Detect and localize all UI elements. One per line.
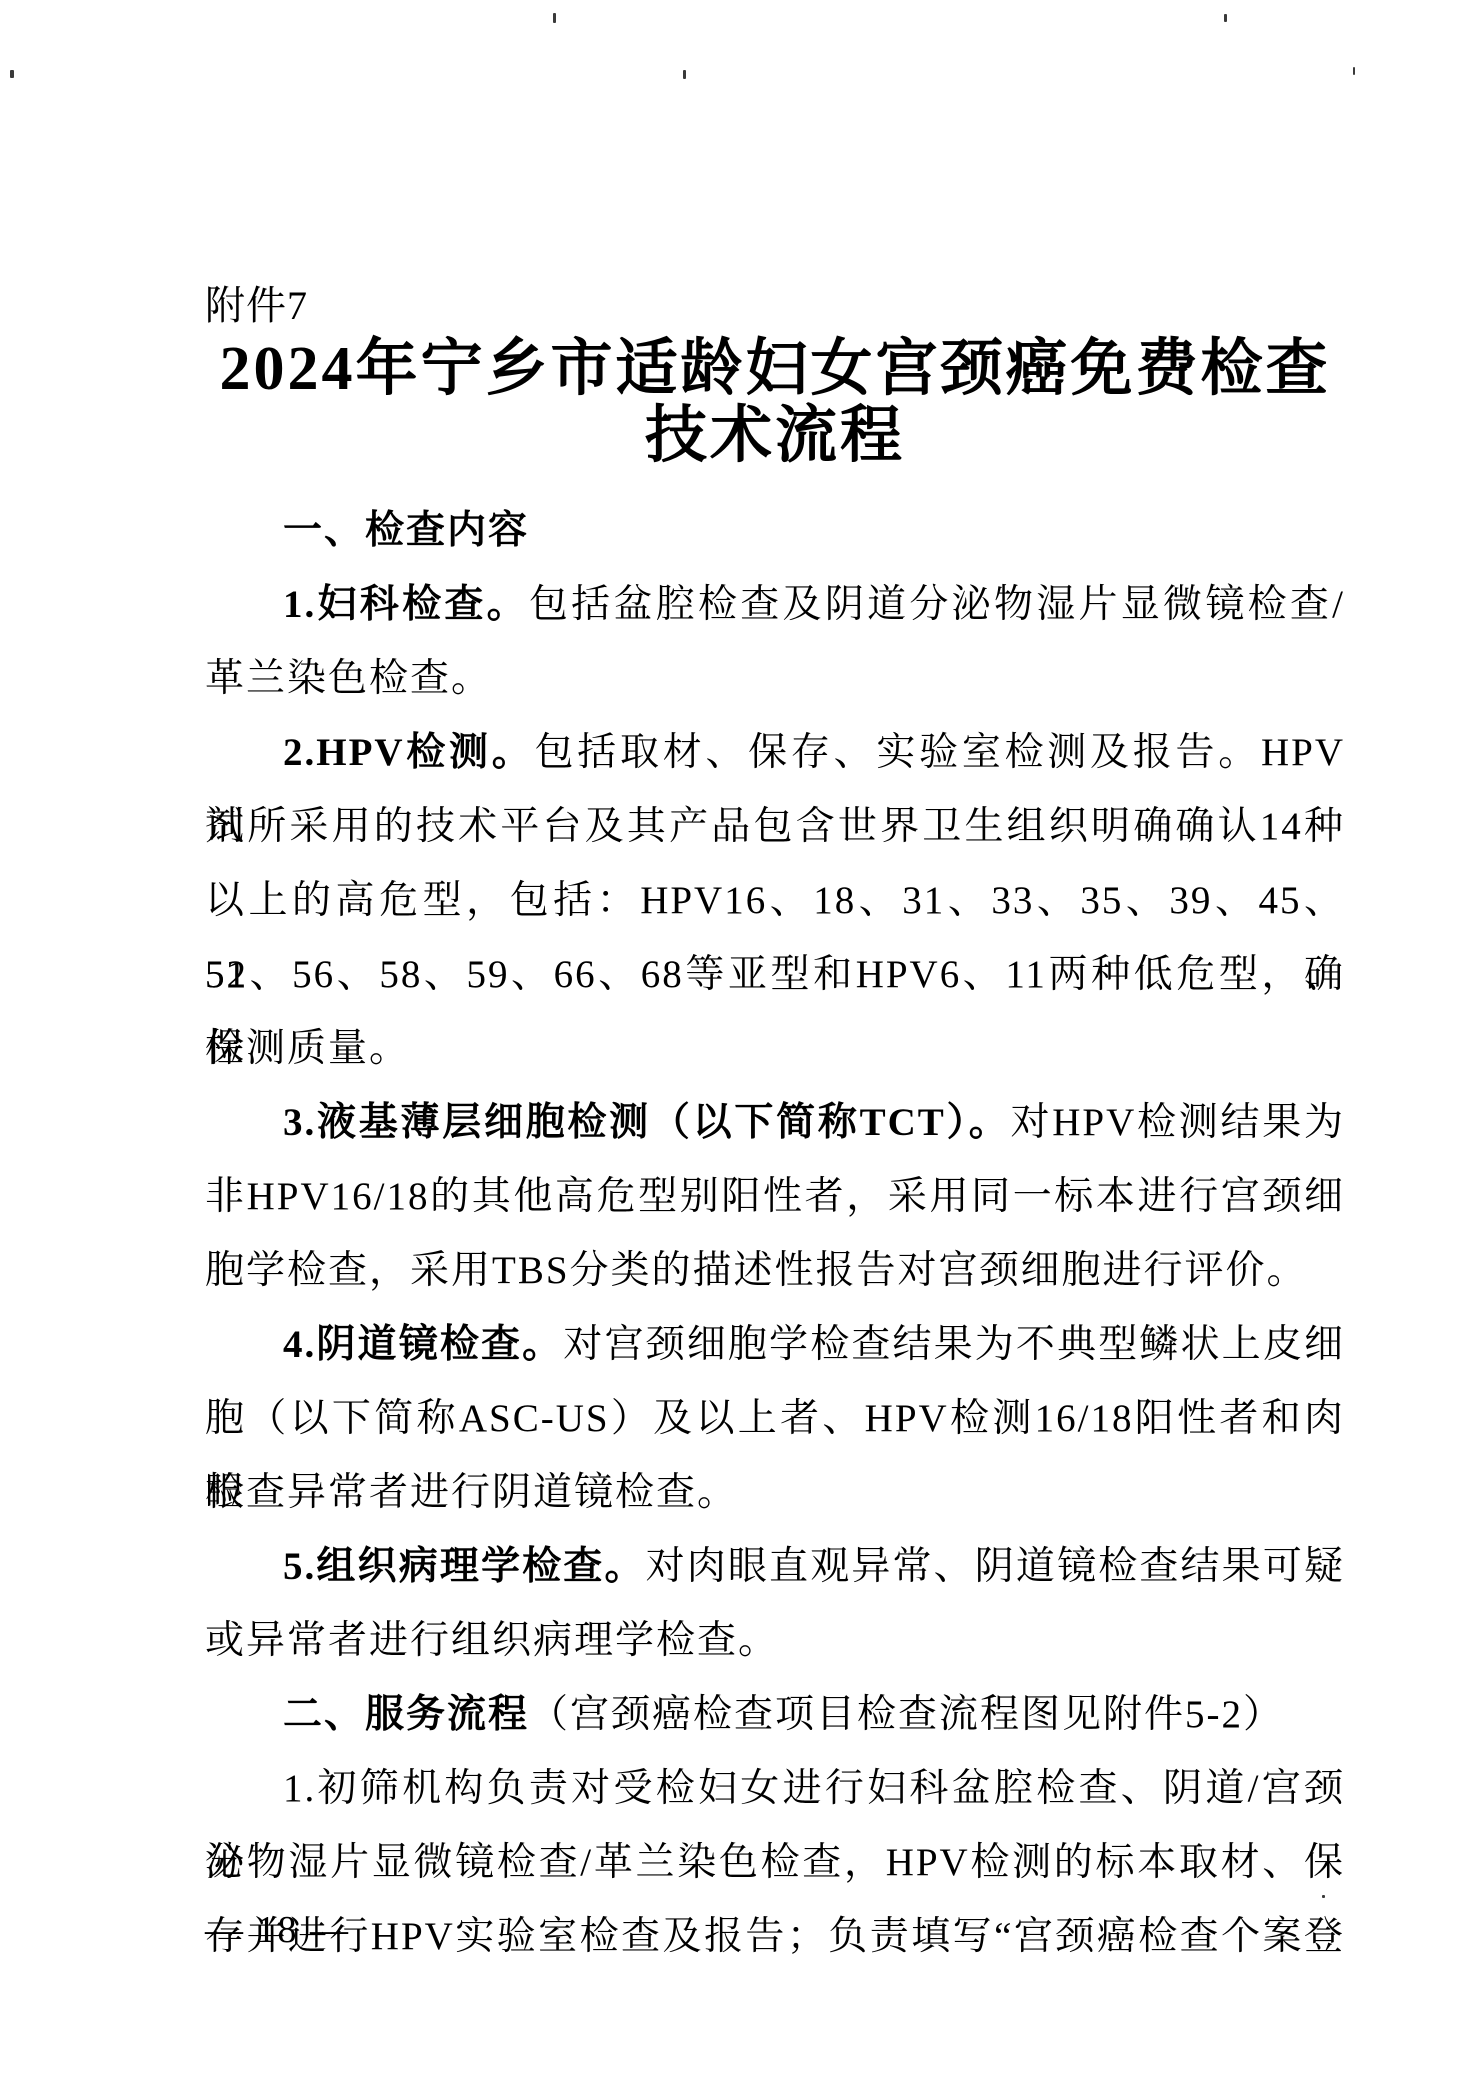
text-segment: 包括盆腔检查及阴道分泌物湿片显微镜检查/ bbox=[529, 583, 1345, 626]
text-segment: 检测质量。 bbox=[205, 1027, 410, 1070]
section-heading-text: 二、服务流程 bbox=[283, 1693, 529, 1736]
document-content: 附件7 2024年宁乡市适龄妇女宫颈癌免费检查 技术流程 一、检查内容1.妇科检… bbox=[205, 0, 1345, 1974]
text-segment: 检查异常者进行阴道镜检查。 bbox=[205, 1471, 738, 1514]
text-segment: 存并进行HPV实验室检查及报告；负责填写“宫颈癌检查个案登 bbox=[205, 1915, 1345, 1958]
text-line: 3.液基薄层细胞检测（以下简称TCT）。对HPV检测结果为 bbox=[205, 1086, 1345, 1160]
text-line: 以上的高危型，包括：HPV16、18、31、33、35、39、45、51、 bbox=[205, 864, 1345, 938]
text-segment: （宫颈癌检查项目检查流程图见附件5-2） bbox=[529, 1693, 1284, 1736]
document-page: { "page": { "attachment_label": "附件7", "… bbox=[0, 0, 1482, 2097]
text-segment: 对宫颈细胞学检查结果为不典型鳞状上皮细 bbox=[563, 1323, 1345, 1366]
text-segment: 剂所采用的技术平台及其产品包含世界卫生组织明确确认14种 bbox=[205, 805, 1345, 848]
page-number: — 18 — bbox=[205, 1908, 350, 1952]
text-segment: 对肉眼直观异常、阴道镜检查结果可疑 bbox=[646, 1545, 1345, 1588]
document-title: 2024年宁乡市适龄妇女宫颈癌免费检查 技术流程 bbox=[205, 336, 1345, 470]
text-line: 4.阴道镜检查。对宫颈细胞学检查结果为不典型鳞状上皮细 bbox=[205, 1308, 1345, 1382]
text-line: 革兰染色检查。 bbox=[205, 642, 1345, 716]
text-line: 二、服务流程（宫颈癌检查项目检查流程图见附件5-2） bbox=[205, 1678, 1345, 1752]
text-segment: 2.HPV检测。 bbox=[283, 731, 535, 774]
text-line: 2.HPV检测。包括取材、保存、实验室检测及报告。HPV试 bbox=[205, 716, 1345, 790]
text-line: 剂所采用的技术平台及其产品包含世界卫生组织明确确认14种 bbox=[205, 790, 1345, 864]
text-line: 胞学检查，采用TBS分类的描述性报告对宫颈细胞进行评价。 bbox=[205, 1234, 1345, 1308]
text-segment: 1.妇科检查。 bbox=[283, 583, 529, 626]
text-line: 泌物湿片显微镜检查/革兰染色检查，HPV检测的标本取材、保 bbox=[205, 1826, 1345, 1900]
text-line: 非HPV16/18的其他高危型别阳性者，采用同一标本进行宫颈细 bbox=[205, 1160, 1345, 1234]
text-segment: 胞学检查，采用TBS分类的描述性报告对宫颈细胞进行评价。 bbox=[205, 1249, 1308, 1292]
text-segment: 4.阴道镜检查。 bbox=[283, 1323, 563, 1366]
text-segment: 3.液基薄层细胞检测（以下简称TCT）。 bbox=[283, 1101, 1011, 1144]
document-body: 一、检查内容1.妇科检查。包括盆腔检查及阴道分泌物湿片显微镜检查/革兰染色检查。… bbox=[205, 494, 1345, 1974]
text-segment: 对HPV检测结果为 bbox=[1011, 1101, 1345, 1144]
text-segment: 或异常者进行组织病理学检查。 bbox=[205, 1619, 779, 1662]
attachment-label: 附件7 bbox=[205, 282, 1345, 330]
text-segment: 革兰染色检查。 bbox=[205, 657, 492, 700]
text-line: 1.初筛机构负责对受检妇女进行妇科盆腔检查、阴道/宫颈分 bbox=[205, 1752, 1345, 1826]
text-line: 胞（以下简称ASC-US）及以上者、HPV检测16/18阳性者和肉眼 bbox=[205, 1382, 1345, 1456]
text-line: 或异常者进行组织病理学检查。 bbox=[205, 1604, 1345, 1678]
text-segment: 5.组织病理学检查。 bbox=[283, 1545, 646, 1588]
text-line: 5.组织病理学检查。对肉眼直观异常、阴道镜检查结果可疑 bbox=[205, 1530, 1345, 1604]
title-line-2: 技术流程 bbox=[205, 403, 1345, 470]
text-line: 检查异常者进行阴道镜检查。 bbox=[205, 1456, 1345, 1530]
text-line: 检测质量。 bbox=[205, 1012, 1345, 1086]
title-line-1: 2024年宁乡市适龄妇女宫颈癌免费检查 bbox=[205, 336, 1345, 403]
text-line: 1.妇科检查。包括盆腔检查及阴道分泌物湿片显微镜检查/ bbox=[205, 568, 1345, 642]
scan-speck bbox=[1353, 67, 1355, 75]
text-line: 一、检查内容 bbox=[205, 494, 1345, 568]
section-heading-text: 一、检查内容 bbox=[283, 509, 529, 552]
text-line: 存并进行HPV实验室检查及报告；负责填写“宫颈癌检查个案登 bbox=[205, 1900, 1345, 1974]
text-line: 52、56、58、59、66、68等亚型和HPV6、11两种低危型，确保 bbox=[205, 938, 1345, 1012]
text-segment: 非HPV16/18的其他高危型别阳性者，采用同一标本进行宫颈细 bbox=[205, 1175, 1345, 1218]
text-segment: 泌物湿片显微镜检查/革兰染色检查，HPV检测的标本取材、保 bbox=[205, 1841, 1345, 1884]
scan-speck bbox=[10, 70, 14, 78]
